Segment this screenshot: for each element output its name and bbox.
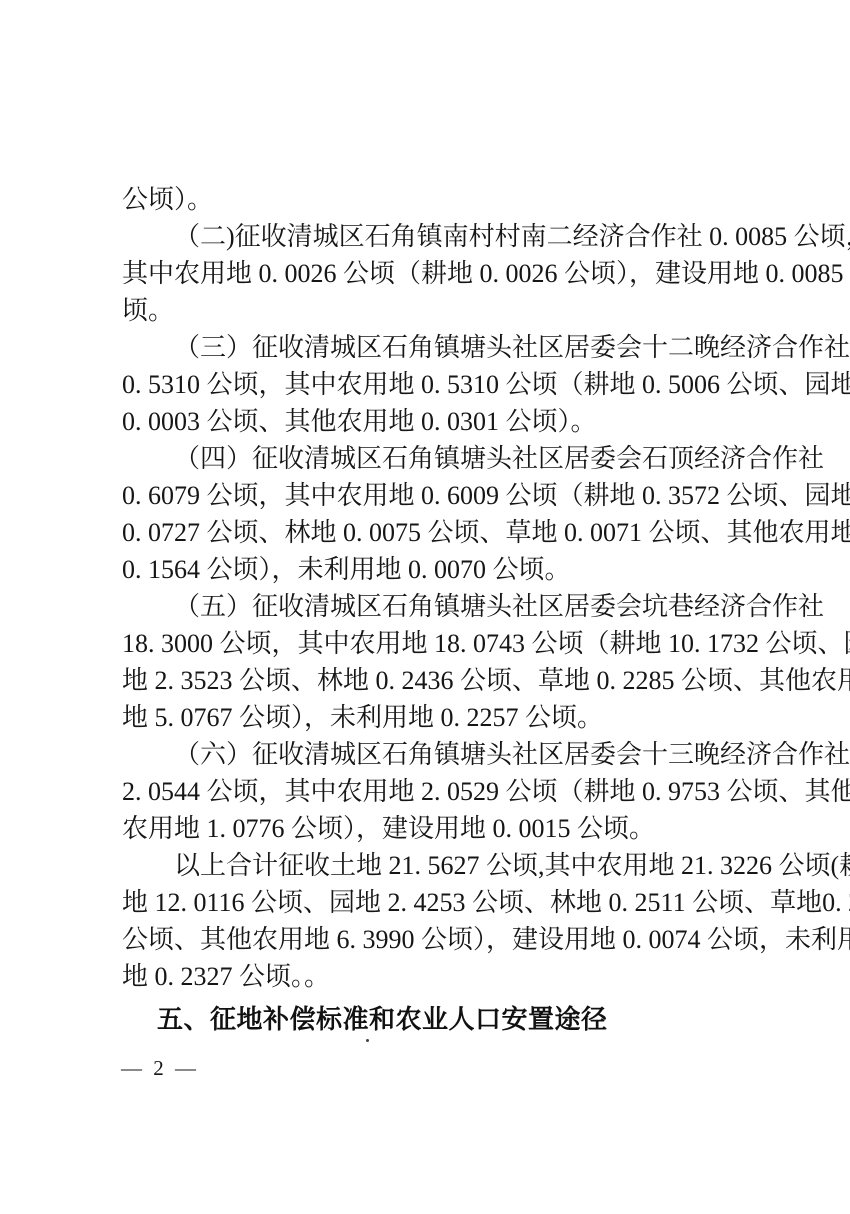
text-line: 其中农用地 0. 0026 公顷（耕地 0. 0026 公顷），建设用地 0. …: [122, 255, 730, 292]
text-line: （二)征收清城区石角镇南村村南二经济合作社 0. 0085 公顷，: [122, 218, 730, 255]
text-line: 地 5. 0767 公顷），未利用地 0. 2257 公顷。: [122, 699, 730, 736]
text-line: 18. 3000 公顷，其中农用地 18. 0743 公顷（耕地 10. 173…: [122, 625, 730, 662]
section-5-heading: 五、征地补偿标准和农业人口安置途径: [122, 1001, 730, 1038]
text-line: 0. 0003 公顷、其他农用地 0. 0301 公顷）。: [122, 403, 730, 440]
document-page: 公顷）。 （二)征收清城区石角镇南村村南二经济合作社 0. 0085 公顷， 其…: [0, 0, 850, 1214]
text-line: （三）征收清城区石角镇塘头社区居委会十二晚经济合作社: [122, 329, 730, 366]
text-line: 以上合计征收土地 21. 5627 公顷,其中农用地 21. 3226 公顷(耕: [122, 847, 730, 884]
text-line: 0. 0727 公顷、林地 0. 0075 公顷、草地 0. 0071 公顷、其…: [122, 514, 730, 551]
text-line: 0. 6079 公顷，其中农用地 0. 6009 公顷（耕地 0. 3572 公…: [122, 477, 730, 514]
text-line: 0. 1564 公顷），未利用地 0. 0070 公顷。: [122, 551, 730, 588]
text-line: 地 12. 0116 公顷、园地 2. 4253 公顷、林地 0. 2511 公…: [122, 884, 730, 921]
text-line: 0. 5310 公顷，其中农用地 0. 5310 公顷（耕地 0. 5006 公…: [122, 366, 730, 403]
text-line: 2. 0544 公顷，其中农用地 2. 0529 公顷（耕地 0. 9753 公…: [122, 773, 730, 810]
text-line: （五）征收清城区石角镇塘头社区居委会坑巷经济合作社: [122, 588, 730, 625]
text-line: 公顷、其他农用地 6. 3990 公顷），建设用地 0. 0074 公顷，未利用: [122, 921, 730, 958]
document-body: 公顷）。 （二)征收清城区石角镇南村村南二经济合作社 0. 0085 公顷， 其…: [122, 181, 730, 1038]
text-line: 农用地 1. 0776 公顷），建设用地 0. 0015 公顷。: [122, 810, 730, 847]
text-line: 地 2. 3523 公顷、林地 0. 2436 公顷、草地 0. 2285 公顷…: [122, 662, 730, 699]
page-number: — 2 —: [121, 1056, 199, 1081]
text-line: （六）征收清城区石角镇塘头社区居委会十三晚经济合作社: [122, 736, 730, 773]
text-line: 顷。: [122, 292, 730, 329]
text-line: 公顷）。: [122, 181, 730, 218]
scan-dot-artifact: [366, 1039, 369, 1042]
text-line: （四）征收清城区石角镇塘头社区居委会石顶经济合作社: [122, 440, 730, 477]
text-line: 地 0. 2327 公顷。。: [122, 958, 730, 995]
